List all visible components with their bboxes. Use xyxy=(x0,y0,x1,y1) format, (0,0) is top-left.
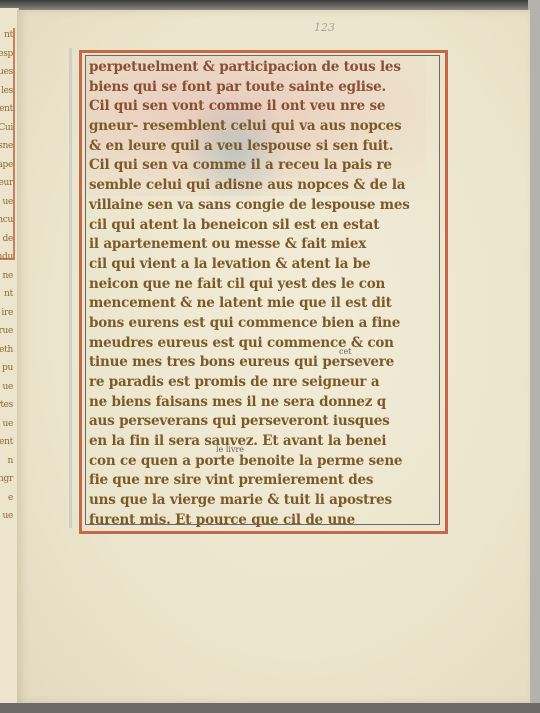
previous-page-text-fragment: sne xyxy=(0,141,13,151)
text-column: perpetuelment & participacion de tous le… xyxy=(89,58,435,531)
previous-page-text-fragment: ndu xyxy=(0,252,13,262)
interlinear-gloss: le livre xyxy=(216,445,244,454)
text-line: villaine sen va sans congie de lespouse … xyxy=(89,196,435,216)
text-line: en la fin il sera sauvez. Et avant la be… xyxy=(89,432,435,452)
previous-page-text-fragment: ape xyxy=(0,160,13,170)
text-line: Cil qui sen vont comme il ont veu nre se xyxy=(89,97,435,117)
previous-page-text-fragment: nent xyxy=(0,104,13,114)
previous-page-text-fragment: iues xyxy=(0,67,13,77)
margin-ruling xyxy=(69,48,72,528)
text-line: biens qui se font par toute sainte eglis… xyxy=(89,78,435,98)
previous-page-text-fragment: Cui xyxy=(0,123,13,133)
text-line: mencement & ne latent mie que il est dit xyxy=(89,294,435,314)
text-line: gneur- resemblent celui qui va aus nopce… xyxy=(89,117,435,137)
previous-page-text-fragment: ire xyxy=(1,308,13,318)
previous-page-text-fragment: lesp xyxy=(0,49,13,59)
previous-page-text-fragment: ue xyxy=(2,382,13,392)
text-line: cil qui atent la beneicon sil est en est… xyxy=(89,216,435,236)
previous-page-text-fragment: e xyxy=(8,493,13,503)
text-line: fie que nre sire vint premierement des xyxy=(89,471,435,491)
previous-page-text-fragment: ue xyxy=(2,511,13,521)
text-line: con ce quen a porte benoite la perme sen… xyxy=(89,452,435,472)
text-line: il apartenement ou messe & fait miex xyxy=(89,235,435,255)
text-line: neicon que ne fait cil qui yest des le c… xyxy=(89,275,435,295)
text-line: bons eurens est qui commence bien a fine xyxy=(89,314,435,334)
previous-page-text-fragment: ent xyxy=(0,437,13,447)
previous-page-text-fragment: ngr xyxy=(0,474,13,484)
previous-page-text-fragment: ue xyxy=(2,197,13,207)
previous-page-text-fragment: rtes xyxy=(0,400,13,410)
previous-page-text-fragment: nt xyxy=(4,289,13,299)
text-line: tinue mes tres bons eureus qui persevere xyxy=(89,353,435,373)
text-line: furent mis. Et pource que cil de une xyxy=(89,511,435,531)
text-line: cil qui vient a la levation & atent la b… xyxy=(89,255,435,275)
text-line: re paradis est promis de nre seigneur a xyxy=(89,373,435,393)
text-line: aus perseverans qui perseveront iusques xyxy=(89,412,435,432)
previous-page-text-fragment: de xyxy=(3,234,14,244)
text-line: perpetuelment & participacion de tous le… xyxy=(89,58,435,78)
text-line: semble celui qui adisne aus nopces & de … xyxy=(89,176,435,196)
previous-page-text-fragment: nt xyxy=(4,30,13,40)
previous-page-text-fragment: n xyxy=(8,456,14,466)
folio-number: 123 xyxy=(314,21,335,34)
previous-page-text-fragment: ieur xyxy=(0,178,13,188)
text-line: & en leure quil a veu lespouse si sen fu… xyxy=(89,137,435,157)
scan-background-bottom xyxy=(0,703,540,713)
text-line: uns que la vierge marie & tuit li apostr… xyxy=(89,491,435,511)
previous-page-text-fragment: ue xyxy=(2,419,13,429)
text-line: Cil qui sen va comme il a receu la pais … xyxy=(89,156,435,176)
previous-page-text-fragment: ne xyxy=(2,271,13,281)
previous-page-text-fragment: ncu xyxy=(0,215,13,225)
text-line: ne biens faisans mes il ne sera donnez q xyxy=(89,393,435,413)
previous-page-text-fragment: eth xyxy=(0,345,13,355)
previous-page-text-fragment: rue xyxy=(0,326,13,336)
text-line: meudres eureus est qui commence & con xyxy=(89,334,435,354)
interlinear-gloss: cet xyxy=(339,347,351,356)
previous-page-text-fragment: les xyxy=(1,86,13,96)
previous-page-text-fragment: e pu xyxy=(0,363,13,373)
